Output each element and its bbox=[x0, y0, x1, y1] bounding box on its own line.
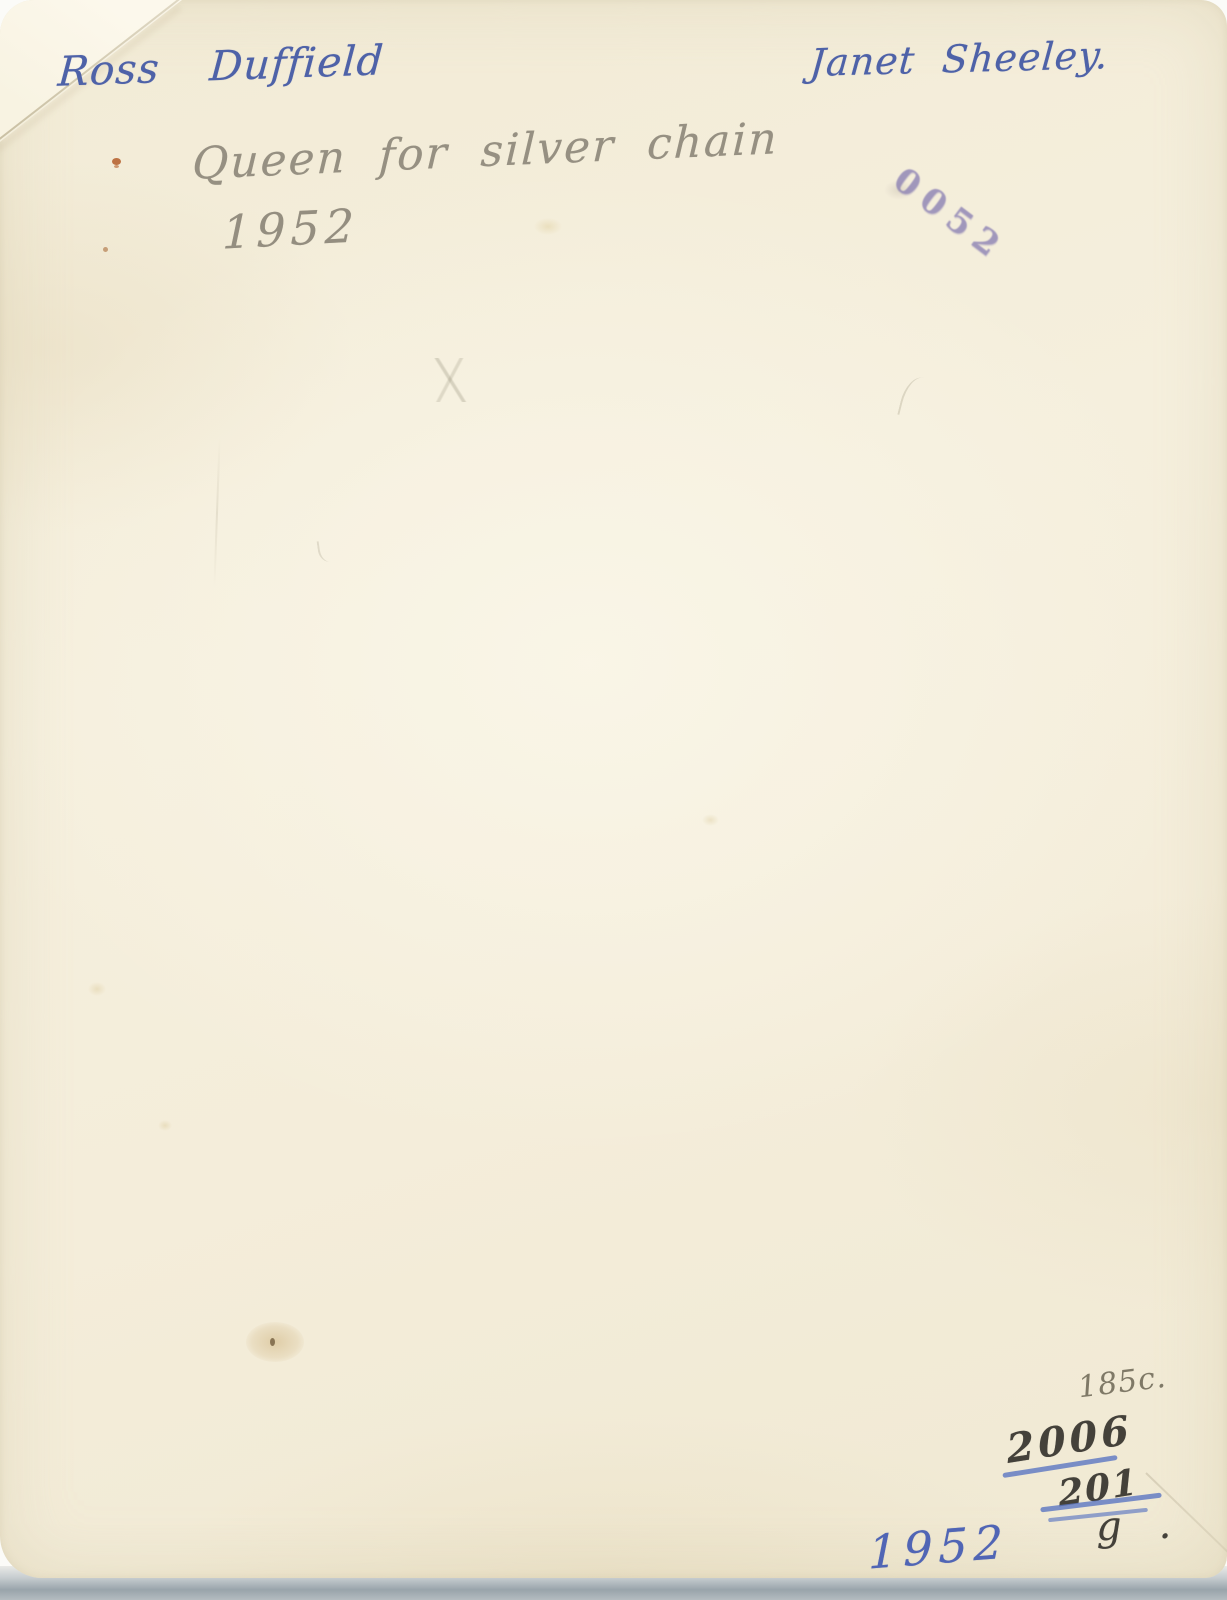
faint-stain bbox=[158, 1120, 172, 1131]
faint-stain bbox=[88, 982, 106, 996]
tan-stain bbox=[246, 1322, 304, 1362]
handwriting-name-right: Janet Sheeley. bbox=[809, 36, 1111, 82]
crease-mark bbox=[317, 539, 338, 563]
handwriting-code-pencil: 185c. bbox=[1077, 1363, 1169, 1404]
faint-stain bbox=[702, 814, 719, 826]
handwriting-letter-note: g . bbox=[1095, 1505, 1171, 1548]
scanned-photo-back: Ross Duffield Janet Sheeley. Queen for s… bbox=[0, 0, 1227, 1600]
rust-stain bbox=[112, 158, 121, 165]
handwriting-year-ink: 1952 bbox=[868, 1518, 1009, 1575]
number-stamp: 0052 bbox=[888, 162, 1013, 268]
handwriting-name-left: Ross Duffield bbox=[57, 40, 386, 93]
handwriting-year-pencil: 1952 bbox=[222, 202, 360, 255]
handwriting-number-underlined: 2006 bbox=[1005, 1410, 1134, 1470]
crease-mark bbox=[430, 358, 470, 402]
rust-stain-small bbox=[103, 247, 108, 252]
handwriting-caption: Queen for silver chain bbox=[191, 117, 779, 187]
photo-back-paper: Ross Duffield Janet Sheeley. Queen for s… bbox=[0, 0, 1227, 1578]
crease-mark bbox=[213, 438, 220, 588]
tan-stain-speck bbox=[270, 1338, 275, 1346]
crease-mark bbox=[897, 374, 930, 421]
faint-stain bbox=[534, 218, 562, 235]
